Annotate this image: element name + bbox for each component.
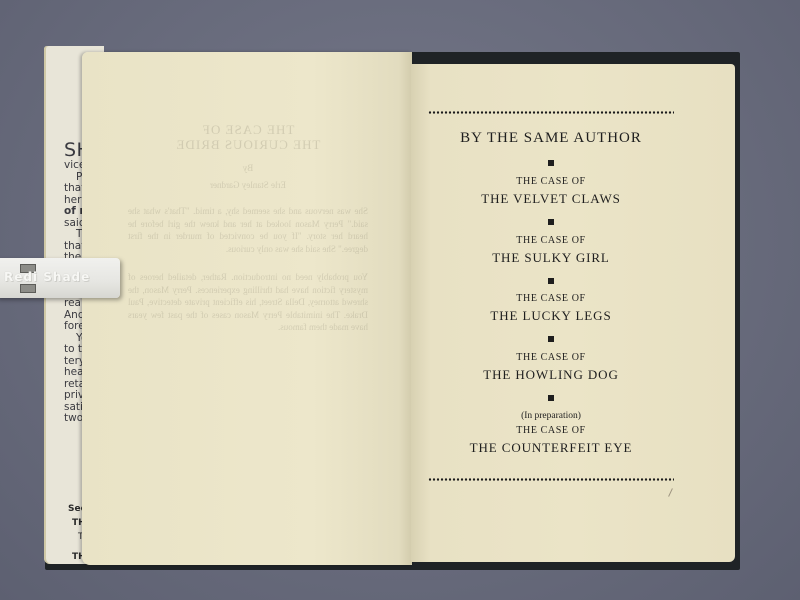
bleed-paragraph: You probably need no introduction. Rathe… [128, 271, 368, 334]
book-prefix: THE CASE OF [428, 291, 674, 307]
bleed-title: THE CASE OF [128, 122, 368, 137]
square-ornament-icon [548, 395, 554, 401]
left-page: THE CASE OF THE CURIOUS BRIDE By Erle St… [82, 52, 412, 565]
book-prefix: THE CASE OF [428, 233, 674, 249]
book-entry: (In preparation) THE CASE OF THE COUNTER… [428, 410, 674, 456]
book-title: THE COUNTERFEIT EYE [428, 439, 674, 456]
square-ornament-icon [548, 336, 554, 342]
book-prefix: THE CASE OF [428, 423, 674, 439]
redi-shade-clip: Redi Shade [0, 258, 120, 298]
book-entry: THE CASE OF THE VELVET CLAWS [428, 174, 674, 207]
book-prefix: THE CASE OF [428, 174, 674, 190]
book-prefix: THE CASE OF [428, 350, 674, 366]
dotted-rule-bottom [428, 478, 674, 481]
page-heading: BY THE SAME AUTHOR [428, 130, 674, 147]
book-entry: THE CASE OF THE HOWLING DOG [428, 350, 674, 383]
book-title: THE SULKY GIRL [428, 249, 674, 266]
bleed-paragraph: She was nervous and she seemed shy, a ti… [128, 205, 368, 255]
bleed-through-text: THE CASE OF THE CURIOUS BRIDE By Erle St… [128, 122, 368, 350]
square-ornament-icon [548, 219, 554, 225]
book-title: THE VELVET CLAWS [428, 190, 674, 207]
book-list: BY THE SAME AUTHOR THE CASE OF THE VELVE… [428, 64, 674, 562]
book-entry: THE CASE OF THE LUCKY LEGS [428, 291, 674, 324]
book-entry: THE CASE OF THE SULKY GIRL [428, 233, 674, 266]
right-page: BY THE SAME AUTHOR THE CASE OF THE VELVE… [411, 64, 735, 562]
clip-slot-icon [20, 284, 36, 293]
bleed-by: By [128, 162, 368, 175]
bleed-author: Erle Stanley Gardner [128, 179, 368, 192]
square-ornament-icon [548, 160, 554, 166]
book-title: THE HOWLING DOG [428, 366, 674, 383]
book-note: (In preparation) [428, 410, 674, 423]
clip-label: Redi Shade [4, 270, 90, 284]
book-title: THE LUCKY LEGS [428, 307, 674, 324]
square-ornament-icon [548, 278, 554, 284]
bleed-title: THE CURIOUS BRIDE [128, 137, 368, 152]
